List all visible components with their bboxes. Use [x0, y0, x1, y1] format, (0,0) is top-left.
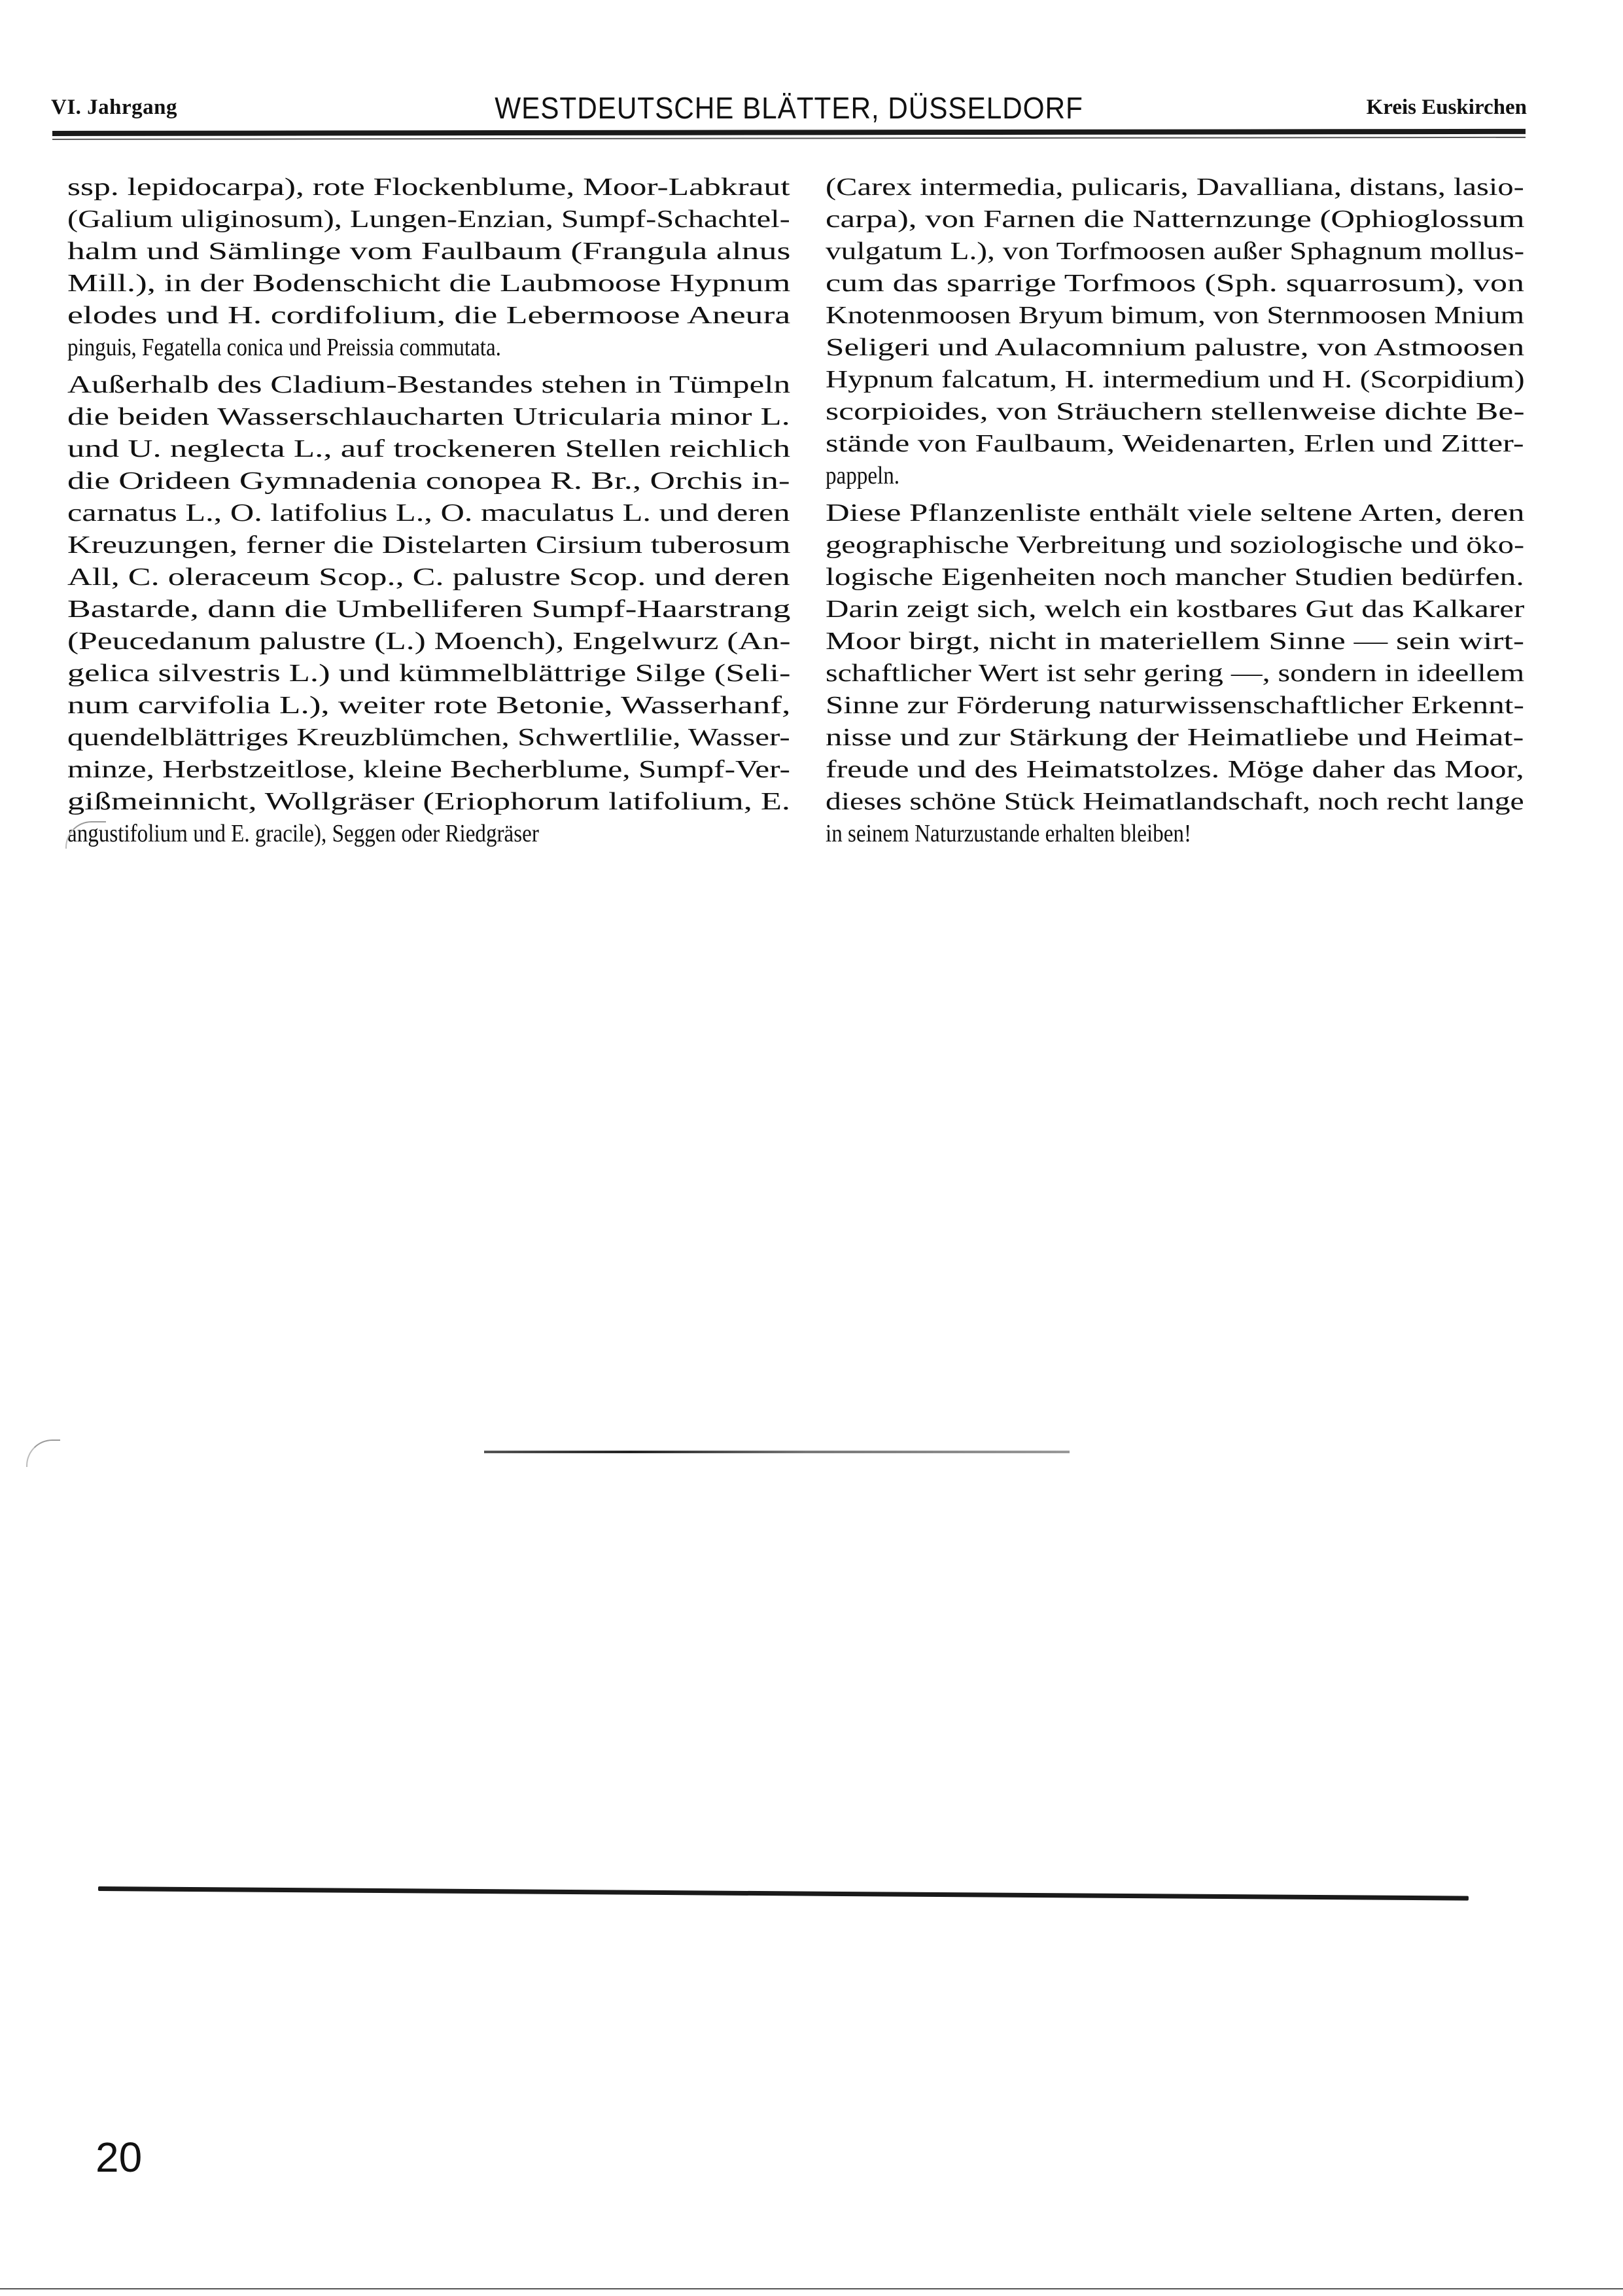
text-line: Knotenmoosen Bryum bimum, von Sternmoose… [826, 300, 1524, 332]
text-line: pappeln. [826, 460, 1524, 492]
text-line: (Galium uliginosum), Lungen-Enzian, Sump… [67, 203, 790, 236]
text-line: Mill.), in der Bodenschicht die Laubmoos… [67, 268, 790, 300]
publication-title: WESTDEUTSCHE BLÄTTER, DÜSSELDORF [110, 90, 1468, 126]
text-line: Sinne zur Förderung naturwissenschaftlic… [826, 690, 1524, 722]
text-line: cum das sparrige Torfmoos (Sph. squarros… [826, 268, 1524, 300]
text-line: Bastarde, dann die Umbelliferen Sumpf-Ha… [67, 593, 790, 626]
text-line: ssp. lepidocarpa), rote Flockenblume, Mo… [67, 171, 790, 203]
page-bottom-rule [98, 1886, 1469, 1901]
text-line: freude und des Heimatstolzes. Möge daher… [826, 754, 1524, 786]
page-number: 20 [96, 2133, 142, 2181]
text-line: Kreuzungen, ferner die Distelarten Cirsi… [67, 529, 790, 561]
page-header: VI. Jahrgang WESTDEUTSCHE BLÄTTER, DÜSSE… [51, 90, 1527, 130]
text-line: stände von Faulbaum, Weidenarten, Erlen … [826, 428, 1524, 460]
text-line: halm und Sämlinge vom Faulbaum (Frangula… [67, 236, 790, 268]
text-line: quendelblättriges Kreuzblümchen, Schwert… [67, 722, 790, 754]
page-edge-line [0, 2288, 1623, 2289]
text-line: dieses schöne Stück Heimatlandschaft, no… [826, 786, 1524, 818]
text-line: die beiden Wasserschlaucharten Utricular… [67, 401, 790, 433]
text-line: elodes und H. cordifolium, die Lebermoos… [67, 300, 790, 332]
text-line: Diese Pflanzenliste enthält viele selten… [826, 497, 1524, 529]
text-line: gelica silvestris L.) und kümmelblättrig… [67, 658, 790, 690]
text-line: num carvifolia L.), weiter rote Betonie,… [67, 690, 790, 722]
text-line: Darin zeigt sich, welch ein kostbares Gu… [826, 593, 1524, 626]
paragraph: (Carex intermedia, pulicaris, Davalliana… [826, 171, 1524, 492]
header-rule-thick [52, 129, 1526, 136]
column-right: (Carex intermedia, pulicaris, Davalliana… [826, 171, 1524, 855]
text-line: (Peucedanum palustre (L.) Moench), Engel… [67, 626, 790, 658]
text-line: logische Eigenheiten noch mancher Studie… [826, 561, 1524, 593]
text-line: (Carex intermedia, pulicaris, Davalliana… [826, 171, 1524, 203]
text-line: All, C. oleraceum Scop., C. palustre Sco… [67, 561, 790, 593]
text-line: gißmeinnicht, Wollgräser (Eriophorum lat… [67, 786, 790, 818]
text-line: Moor birgt, nicht in materiellem Sinne —… [826, 626, 1524, 658]
text-line: minze, Herbstzeitlose, kleine Becherblum… [67, 754, 790, 786]
text-line: die Orideen Gymnadenia conopea R. Br., O… [67, 465, 790, 497]
header-rule-thin [52, 137, 1526, 140]
text-line: Hypnum falcatum, H. intermedium und H. (… [826, 364, 1524, 396]
text-line: pinguis, Fegatella conica und Preissia c… [67, 332, 790, 364]
text-line: geographische Verbreitung und soziologis… [826, 529, 1524, 561]
section-divider [484, 1451, 1070, 1453]
paragraph: Außerhalb des Cladium-Bestandes stehen i… [67, 369, 790, 850]
text-line: carpa), von Farnen die Natternzunge (Oph… [826, 203, 1524, 236]
text-line: nisse und zur Stärkung der Heimatliebe u… [826, 722, 1524, 754]
scan-artifact-mark [26, 1439, 60, 1467]
text-line: in seinem Naturzustande erhalten bleiben… [826, 818, 1524, 850]
column-left: ssp. lepidocarpa), rote Flockenblume, Mo… [67, 171, 790, 855]
text-line: scorpioides, von Sträuchern stellenweise… [826, 396, 1524, 428]
paragraph: ssp. lepidocarpa), rote Flockenblume, Mo… [67, 171, 790, 364]
text-line: angustifolium und E. gracile), Seggen od… [67, 818, 790, 850]
text-line: Außerhalb des Cladium-Bestandes stehen i… [67, 369, 790, 401]
text-line: vulgatum L.), von Torfmoosen außer Sphag… [826, 236, 1524, 268]
text-line: schaftlicher Wert ist sehr gering —, son… [826, 658, 1524, 690]
text-line: und U. neglecta L., auf trockeneren Stel… [67, 433, 790, 465]
paragraph: Diese Pflanzenliste enthält viele selten… [826, 497, 1524, 850]
text-line: carnatus L., O. latifolius L., O. macula… [67, 497, 790, 529]
district-label: Kreis Euskirchen [1367, 96, 1527, 120]
text-line: Seligeri und Aulacomnium palustre, von A… [826, 332, 1524, 364]
